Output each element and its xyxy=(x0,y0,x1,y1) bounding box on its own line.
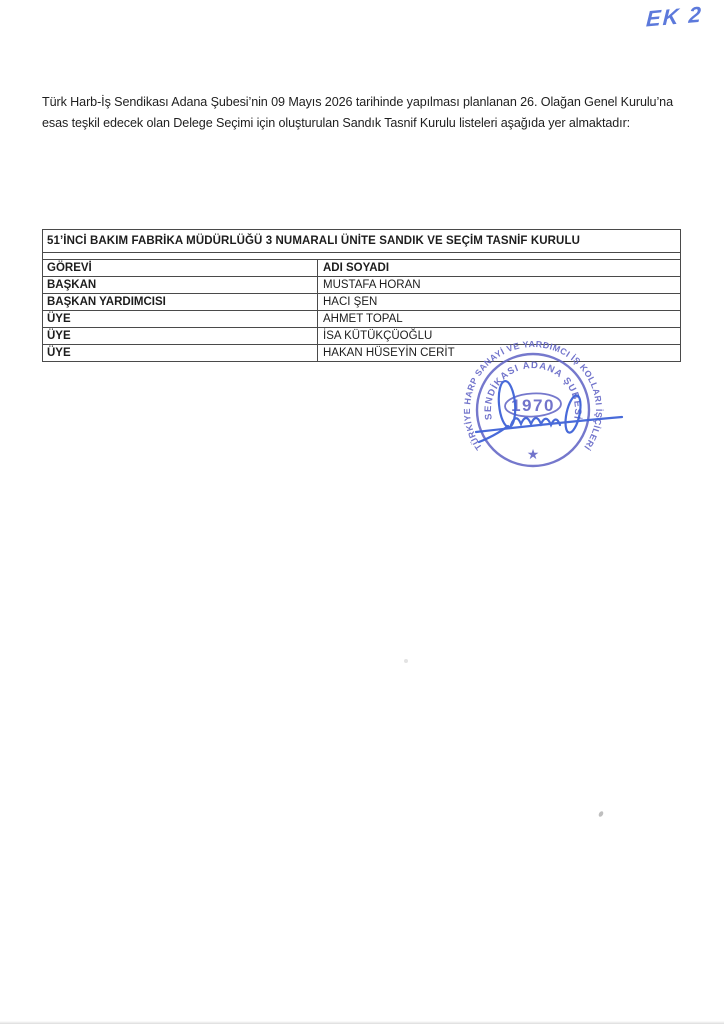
intro-paragraph: Türk Harb-İş Sendikası Adana Şubesi’nin … xyxy=(42,92,714,134)
name-cell: MUSTAFA HORAN xyxy=(318,277,680,293)
intro-paragraph-line-2: esas teşkil edecek olan Delege Seçimi iç… xyxy=(42,113,714,134)
table-title: 51’İNCİ BAKIM FABRİKA MÜDÜRLÜĞÜ 3 NUMARA… xyxy=(42,229,681,253)
role-cell: ÜYE xyxy=(43,345,318,361)
role-cell: BAŞKAN YARDIMCISI xyxy=(43,294,318,310)
scanned-document-page: { "page": { "annotation": "EK 2", "parag… xyxy=(0,0,724,1024)
header-cell-gorevi: GÖREVİ xyxy=(43,260,318,276)
role-cell: ÜYE xyxy=(43,328,318,344)
name-cell: HACI ŞEN xyxy=(318,294,680,310)
role-cell: ÜYE xyxy=(43,311,318,327)
name-cell: AHMET TOPAL xyxy=(318,311,680,327)
table-row: BAŞKAN YARDIMCISI HACI ŞEN xyxy=(42,293,681,311)
stamp-star-icon: ★ xyxy=(527,446,540,462)
table-row: ÜYE AHMET TOPAL xyxy=(42,310,681,328)
stamp-svg: TÜRKİYE HARP SANAYİ VE YARDIMCI İŞ KOLLA… xyxy=(435,328,645,498)
table-row: BAŞKAN MUSTAFA HORAN xyxy=(42,276,681,294)
table-header-row: GÖREVİ ADI SOYADI xyxy=(42,259,681,277)
intro-paragraph-line-1: Türk Harb-İş Sendikası Adana Şubesi’nin … xyxy=(42,92,714,113)
handwritten-annotation-ek2: EK 2 xyxy=(645,1,703,32)
scan-speck xyxy=(598,810,604,817)
scan-speck xyxy=(404,659,408,663)
union-stamp: TÜRKİYE HARP SANAYİ VE YARDIMCI İŞ KOLLA… xyxy=(435,328,645,498)
stamp-texts: TÜRKİYE HARP SANAYİ VE YARDIMCI İŞ KOLLA… xyxy=(462,339,604,462)
header-cell-adi-soyadi: ADI SOYADI xyxy=(318,260,680,276)
role-cell: BAŞKAN xyxy=(43,277,318,293)
stamp-year: 1970 xyxy=(511,396,555,415)
